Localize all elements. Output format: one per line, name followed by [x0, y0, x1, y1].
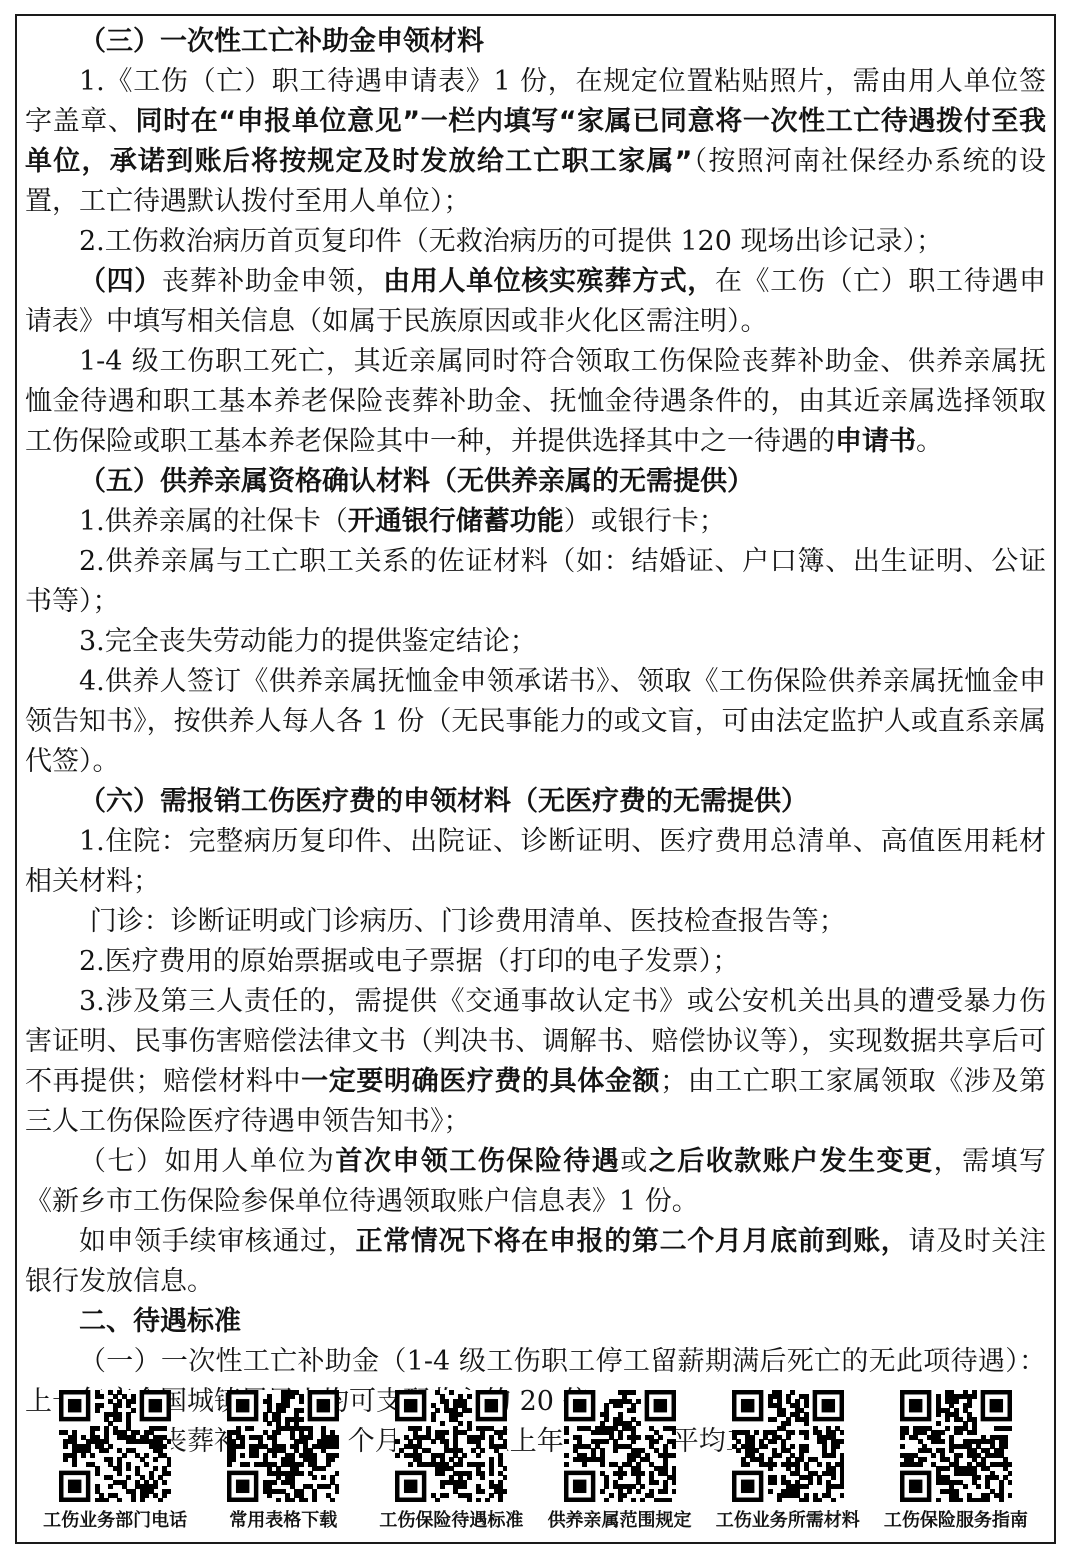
paragraph: 1.供养亲属的社保卡（开通银行储蓄功能）或银行卡； [25, 502, 1046, 542]
qr-item: 工伤业务部门电话 [39, 1390, 191, 1532]
text-segment: 。 [916, 426, 943, 457]
paragraph: 门诊：诊断证明或门诊病历、门诊费用清单、医技检查报告等； [25, 902, 1046, 942]
qr-label: 工伤业务所需材料 [716, 1510, 860, 1532]
paragraph: 1-4 级工伤职工死亡，其近亲属同时符合领取工伤保险丧葬补助金、供养亲属抚恤金待… [25, 342, 1046, 462]
qr-item: 工伤业务所需材料 [712, 1390, 864, 1532]
section-heading: （六）需报销工伤医疗费的申领材料（无医疗费的无需提供） [25, 782, 1046, 822]
bold-text-segment: 正常情况下将在申报的第二个月月底前到账， [355, 1226, 908, 1257]
paragraph: 2.医疗费用的原始票据或电子票据（打印的电子发票）； [25, 942, 1046, 982]
qr-code-image [900, 1390, 1012, 1502]
text-segment: ）或银行卡； [564, 506, 726, 537]
text-segment: 1.住院：完整病历复印件、出院证、诊断证明、医疗费用总清单、高值医用耗材相关材料… [25, 826, 1046, 897]
section-heading: （五）供养亲属资格确认材料（无供养亲属的无需提供） [25, 462, 1046, 502]
section-heading: 二、待遇标准 [25, 1302, 1046, 1342]
text-segment: 2.工伤救治病历首页复印件（无救治病历的可提供 120 现场出诊记录）； [79, 226, 943, 257]
qr-label: 工伤保险待遇标准 [379, 1510, 523, 1532]
text-segment: 1.供养亲属的社保卡（ [79, 506, 348, 537]
bold-text-segment: 之后收款账户发生变更 [649, 1146, 934, 1177]
bold-text-segment: （三）一次性工亡补助金申领材料 [79, 26, 484, 57]
qr-label: 工伤业务部门电话 [43, 1510, 187, 1532]
paragraph: （四）丧葬补助金申领，由用人单位核实殡葬方式，在《工伤（亡）职工待遇申请表》中填… [25, 262, 1046, 342]
text-segment: 3.完全丧失劳动能力的提供鉴定结论； [79, 626, 537, 657]
qr-row: 工伤业务部门电话常用表格下载工伤保险待遇标准供养亲属范围规定工伤业务所需材料工伤… [23, 1390, 1048, 1532]
bold-text-segment: （五）供养亲属资格确认材料（无供养亲属的无需提供） [79, 466, 754, 497]
bold-text-segment: 申请书 [835, 426, 916, 457]
qr-code-image [59, 1390, 171, 1502]
text-segment: 如申领手续审核通过， [79, 1226, 355, 1257]
bold-text-segment: 开通银行储蓄功能 [348, 506, 564, 537]
paragraph: 2.供养亲属与工亡职工关系的佐证材料（如：结婚证、户口簿、出生证明、公证书等）； [25, 542, 1046, 622]
paragraph: 1.住院：完整病历复印件、出院证、诊断证明、医疗费用总清单、高值医用耗材相关材料… [25, 822, 1046, 902]
document-body: （三）一次性工亡补助金申领材料1.《工伤（亡）职工待遇申请表》1 份，在规定位置… [25, 22, 1046, 1462]
section-heading: （三）一次性工亡补助金申领材料 [25, 22, 1046, 62]
paragraph: （七）如用人单位为首次申领工伤保险待遇或之后收款账户发生变更，需填写《新乡市工伤… [25, 1142, 1046, 1222]
document-page: （三）一次性工亡补助金申领材料1.《工伤（亡）职工待遇申请表》1 份，在规定位置… [15, 14, 1056, 1544]
qr-code-image [227, 1390, 339, 1502]
text-segment: 2.供养亲属与工亡职工关系的佐证材料（如：结婚证、户口簿、出生证明、公证书等）； [25, 546, 1046, 617]
bold-text-segment: （四） [79, 266, 162, 297]
text-segment: 门诊：诊断证明或门诊病历、门诊费用清单、医技检查报告等； [90, 906, 846, 937]
paragraph: 1.《工伤（亡）职工待遇申请表》1 份，在规定位置粘贴照片，需由用人单位签字盖章… [25, 62, 1046, 222]
paragraph: 如申领手续审核通过，正常情况下将在申报的第二个月月底前到账，请及时关注银行发放信… [25, 1222, 1046, 1302]
text-segment: 4.供养人签订《供养亲属抚恤金申领承诺书》、领取《工伤保险供养亲属抚恤金申领告知… [25, 666, 1046, 777]
bold-text-segment: （六）需报销工伤医疗费的申领材料（无医疗费的无需提供） [79, 786, 808, 817]
text-segment: 2.医疗费用的原始票据或电子票据（打印的电子发票）； [79, 946, 739, 977]
qr-label: 工伤保险服务指南 [884, 1510, 1028, 1532]
qr-item: 常用表格下载 [207, 1390, 359, 1532]
qr-code-image [395, 1390, 507, 1502]
bold-text-segment: 二、待遇标准 [79, 1306, 241, 1337]
qr-label: 供养亲属范围规定 [548, 1510, 692, 1532]
text-segment: 或 [620, 1146, 649, 1177]
qr-item: 供养亲属范围规定 [544, 1390, 696, 1532]
qr-label: 常用表格下载 [229, 1510, 337, 1532]
bold-text-segment: 一定要明确医疗费的具体金额 [301, 1066, 660, 1097]
paragraph: 3.涉及第三人责任的，需提供《交通事故认定书》或公安机关出具的遭受暴力伤害证明、… [25, 982, 1046, 1142]
qr-code-image [564, 1390, 676, 1502]
text-segment: （七）如用人单位为 [79, 1146, 335, 1177]
paragraph: 3.完全丧失劳动能力的提供鉴定结论； [25, 622, 1046, 662]
bold-text-segment: 由用人单位核实殡葬方式， [383, 266, 715, 297]
paragraph: 4.供养人签订《供养亲属抚恤金申领承诺书》、领取《工伤保险供养亲属抚恤金申领告知… [25, 662, 1046, 782]
text-segment: 丧葬补助金申领， [162, 266, 383, 297]
bold-text-segment: 首次申领工伤保险待遇 [335, 1146, 620, 1177]
paragraph: 2.工伤救治病历首页复印件（无救治病历的可提供 120 现场出诊记录）； [25, 222, 1046, 262]
qr-code-image [732, 1390, 844, 1502]
qr-item: 工伤保险服务指南 [880, 1390, 1032, 1532]
qr-item: 工伤保险待遇标准 [375, 1390, 527, 1532]
